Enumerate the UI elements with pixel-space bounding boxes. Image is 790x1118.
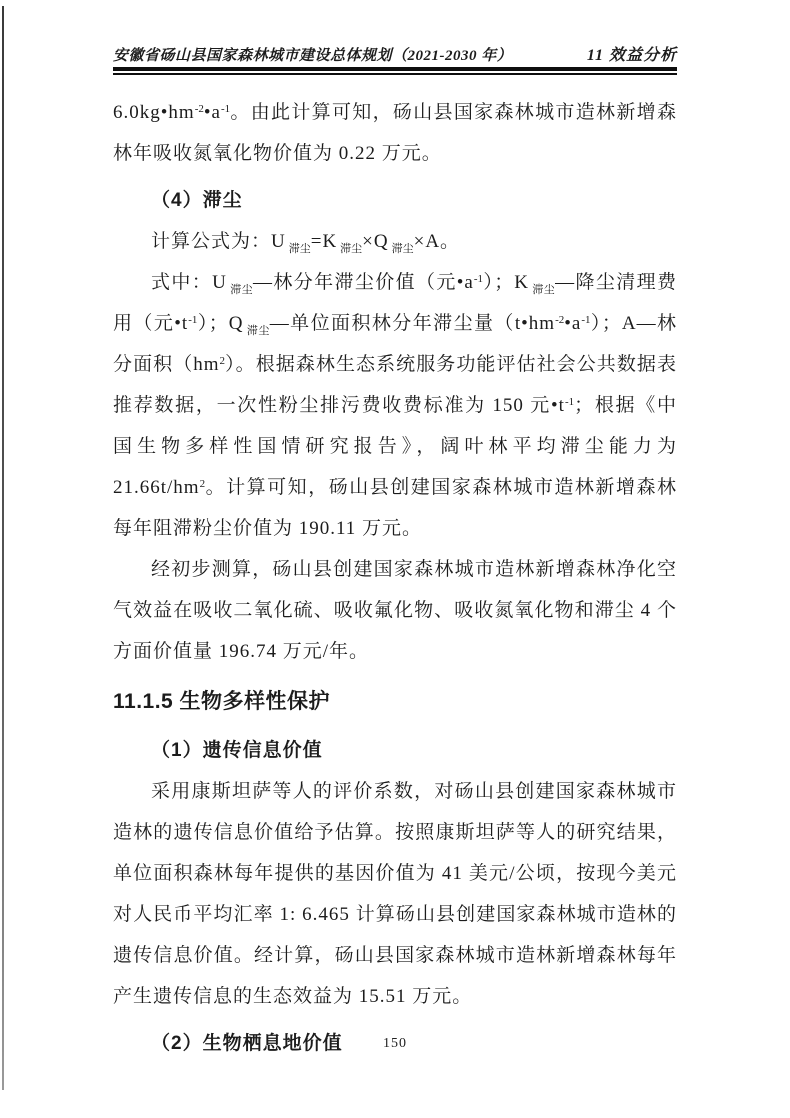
header-double-rule bbox=[113, 67, 677, 75]
header-chapter-label: 11 效益分析 bbox=[587, 42, 677, 65]
page-header: 安徽省砀山县国家森林城市建设总体规划（2021-2030 年） 11 效益分析 bbox=[113, 42, 677, 65]
paragraph-genetic-value-calculation: 采用康斯坦萨等人的评价系数，对砀山县创建国家森林城市造林的遗传信息价值给予估算。… bbox=[113, 771, 677, 1017]
document-page: 安徽省砀山县国家森林城市建设总体规划（2021-2030 年） 11 效益分析 … bbox=[0, 0, 790, 1118]
heading-genetic-information-value: （1）遗传信息价值 bbox=[113, 730, 677, 771]
body-text-column: 6.0kg•hm-2•a-1。由此计算可知，砀山县国家森林城市造林新增森林年吸收… bbox=[113, 92, 677, 1064]
header-document-title: 安徽省砀山县国家森林城市建设总体规划（2021-2030 年） bbox=[113, 44, 512, 65]
page-footer: 150 bbox=[0, 1036, 790, 1052]
heading-dust-retention: （4）滞尘 bbox=[113, 180, 677, 221]
paragraph-air-purification-total: 经初步测算，砀山县创建国家森林城市造林新增森林净化空气效益在吸收二氧化硫、吸收氟… bbox=[113, 549, 677, 672]
paragraph-dust-variables-and-result: 式中：U滞尘—林分年滞尘价值（元•a-1）；K滞尘—降尘清理费用（元•t-1）；… bbox=[113, 262, 677, 549]
paragraph-nox-value-continued: 6.0kg•hm-2•a-1。由此计算可知，砀山县国家森林城市造林新增森林年吸收… bbox=[113, 92, 677, 174]
scan-edge-artifact bbox=[2, 6, 4, 1090]
header-rule-thin-line bbox=[113, 73, 677, 75]
page-number: 150 bbox=[383, 1036, 407, 1051]
section-heading-biodiversity: 11.1.5 生物多样性保护 bbox=[113, 680, 677, 724]
formula-dust-retention: 计算公式为：U滞尘=K滞尘×Q滞尘×A。 bbox=[113, 221, 677, 262]
